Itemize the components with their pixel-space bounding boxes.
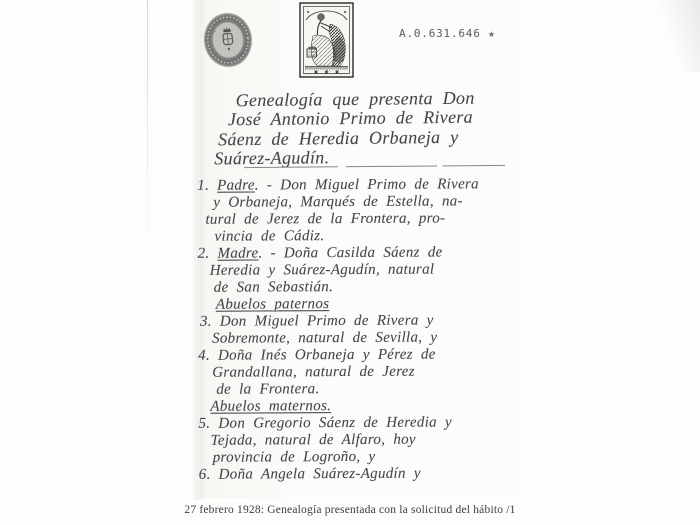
caption: 27 febrero 1928: Genealogía presentada c… xyxy=(0,504,700,516)
manuscript-title: Genealogía que presenta Don José Antonio… xyxy=(0,86,700,171)
underlined-word: Madre xyxy=(217,245,258,261)
manuscript-body: 1. Padre. - Don Miguel Primo de Rivera y… xyxy=(0,175,700,485)
underlined-word: Padre xyxy=(217,177,255,193)
registry-number: A.0.631.646 ★ xyxy=(399,27,496,40)
manuscript-line: 6. Doña Angela Suárez-Agudín y xyxy=(199,464,700,484)
fiscal-stamp-icon xyxy=(299,2,354,78)
round-seal-icon xyxy=(200,10,256,72)
page-corner-shade xyxy=(656,0,700,72)
